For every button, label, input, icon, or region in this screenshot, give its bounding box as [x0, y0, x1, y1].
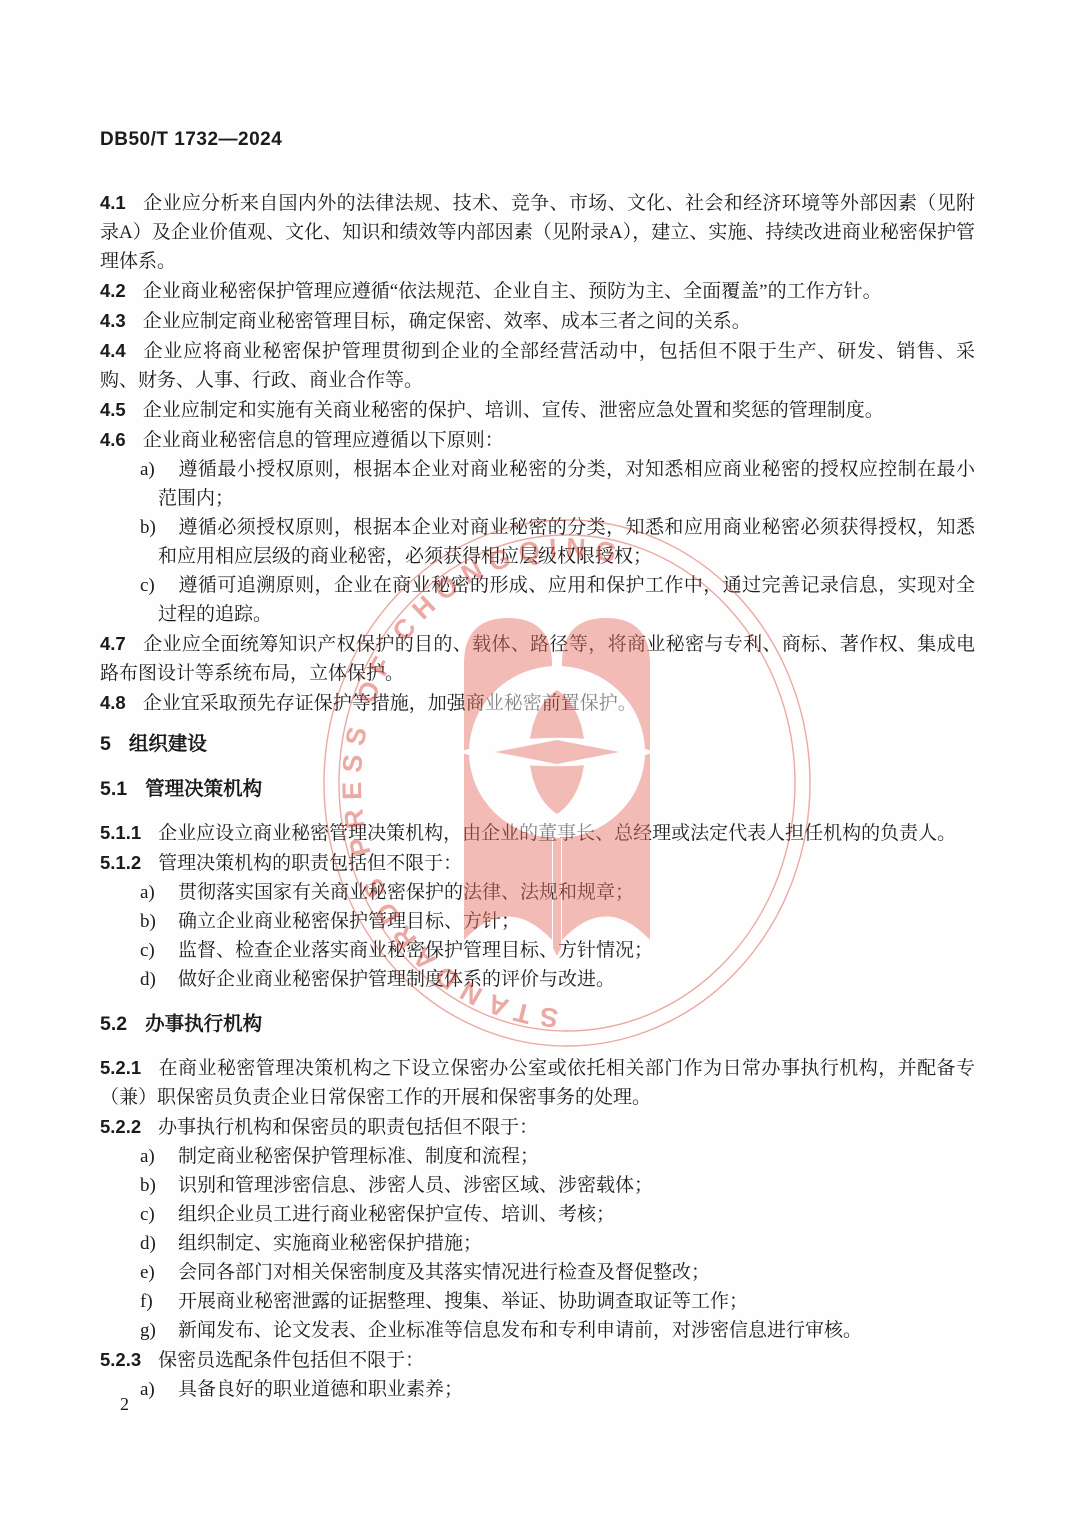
- clause-text: 企业商业秘密信息的管理应遵循以下原则：: [143, 430, 504, 451]
- clause-text: 企业应设立商业秘密管理决策机构，由企业的董事长、总经理或法定代表人担任机构的负责…: [158, 823, 956, 844]
- list-item-a: a)贯彻落实国家有关商业秘密保护的法律、法规和规章；: [158, 878, 975, 907]
- section-number: 5.1: [100, 778, 127, 800]
- clause-number: 4.1: [100, 192, 126, 213]
- clause-4.6: 4.6企业商业秘密信息的管理应遵循以下原则：: [100, 425, 975, 455]
- list-item-c: c)遵循可追溯原则，企业在商业秘密的形成、应用和保护工作中，通过完善记录信息，实…: [158, 571, 975, 629]
- clause-text: 企业商业秘密保护管理应遵循“依法规范、企业自主、预防为主、全面覆盖”的工作方针。: [143, 281, 882, 302]
- clause-number: 4.3: [100, 310, 126, 331]
- list-item-c: c)组织企业员工进行商业秘密保护宣传、培训、考核；: [158, 1200, 975, 1229]
- section-number: 5: [100, 733, 111, 755]
- list-item-text: 新闻发布、论文发表、企业标准等信息发布和专利申请前，对涉密信息进行审核。: [178, 1320, 862, 1341]
- list-item-d: d)做好企业商业秘密保护管理制度体系的评价与改进。: [158, 965, 975, 994]
- clause-5.1.2: 5.1.2管理决策机构的职责包括但不限于：: [100, 848, 975, 878]
- section-number: 5.2: [100, 1013, 127, 1035]
- clause-4.4: 4.4企业应将商业秘密保护管理贯彻到企业的全部经营活动中，包括但不限于生产、研发…: [100, 336, 975, 395]
- clause-4.8: 4.8企业宜采取预先存证保护等措施，加强商业秘密前置保护。: [100, 688, 975, 718]
- clause-text: 企业应制定和实施有关商业秘密的保护、培训、宣传、泄密应急处置和奖惩的管理制度。: [143, 400, 884, 421]
- list-item-b: b)遵循必须授权原则，根据本企业对商业秘密的分类，知悉和应用商业秘密必须获得授权…: [158, 513, 975, 571]
- list-item-text: 遵循必须授权原则，根据本企业对商业秘密的分类，知悉和应用商业秘密必须获得授权，知…: [158, 517, 975, 567]
- list-item-label: a): [140, 455, 178, 484]
- list-item-label: f): [140, 1287, 178, 1316]
- clause-text: 管理决策机构的职责包括但不限于：: [158, 853, 462, 874]
- clause-5.1.1: 5.1.1企业应设立商业秘密管理决策机构，由企业的董事长、总经理或法定代表人担任…: [100, 818, 975, 848]
- clause-text: 企业应分析来自国内外的法律法规、技术、竞争、市场、文化、社会和经济环境等外部因素…: [100, 193, 975, 272]
- clause-number: 5.1.2: [100, 852, 141, 873]
- document-body: 4.1企业应分析来自国内外的法律法规、技术、竞争、市场、文化、社会和经济环境等外…: [100, 188, 975, 1404]
- list-item-label: g): [140, 1316, 178, 1345]
- clause-text: 办事执行机构和保密员的职责包括但不限于：: [158, 1117, 538, 1138]
- list-item-label: b): [140, 1171, 178, 1200]
- list-item-text: 具备良好的职业道德和职业素养；: [178, 1379, 463, 1400]
- list-item-text: 会同各部门对相关保密制度及其落实情况进行检查及督促整改；: [178, 1262, 710, 1283]
- list-item-b: b)确立企业商业秘密保护管理目标、方针；: [158, 907, 975, 936]
- list-item-g: g)新闻发布、论文发表、企业标准等信息发布和专利申请前，对涉密信息进行审核。: [158, 1316, 975, 1345]
- list-item-label: b): [140, 907, 178, 936]
- clause-4.5: 4.5企业应制定和实施有关商业秘密的保护、培训、宣传、泄密应急处置和奖惩的管理制…: [100, 395, 975, 425]
- clause-text: 企业宜采取预先存证保护等措施，加强商业秘密前置保护。: [143, 693, 637, 714]
- clause-number: 5.2.2: [100, 1116, 141, 1137]
- list-item-a: a)遵循最小授权原则，根据本企业对商业秘密的分类，对知悉相应商业秘密的授权应控制…: [158, 455, 975, 513]
- list-item-label: a): [140, 1375, 178, 1404]
- standard-code-header: DB50/T 1732—2024: [100, 125, 975, 154]
- clause-text: 企业应将商业秘密保护管理贯彻到企业的全部经营活动中，包括但不限于生产、研发、销售…: [100, 341, 975, 391]
- clause-number: 5.2.3: [100, 1349, 141, 1370]
- clause-number: 4.7: [100, 633, 126, 654]
- section-heading-5.2: 5.2办事执行机构: [100, 1010, 975, 1039]
- clause-4.1: 4.1企业应分析来自国内外的法律法规、技术、竞争、市场、文化、社会和经济环境等外…: [100, 188, 975, 276]
- clause-4.7: 4.7企业应全面统筹知识产权保护的目的、载体、路径等，将商业秘密与专利、商标、著…: [100, 629, 975, 688]
- list-item-label: c): [140, 1200, 178, 1229]
- clause-text: 在商业秘密管理决策机构之下设立保密办公室或依托相关部门作为日常办事执行机构，并配…: [100, 1058, 975, 1108]
- list-item-text: 做好企业商业秘密保护管理制度体系的评价与改进。: [178, 969, 615, 990]
- list-item-text: 遵循最小授权原则，根据本企业对商业秘密的分类，对知悉相应商业秘密的授权应控制在最…: [158, 459, 975, 509]
- list-item-label: e): [140, 1258, 178, 1287]
- clause-5.2.2: 5.2.2办事执行机构和保密员的职责包括但不限于：: [100, 1112, 975, 1142]
- list-item-b: b)识别和管理涉密信息、涉密人员、涉密区域、涉密载体；: [158, 1171, 975, 1200]
- list-item-c: c)监督、检查企业落实商业秘密保护管理目标、方针情况；: [158, 936, 975, 965]
- list-item-label: b): [140, 513, 178, 542]
- list-item-label: a): [140, 1142, 178, 1171]
- document-page: DB50/T 1732—2024 4.1企业应分析来自国内外的法律法规、技术、竞…: [0, 0, 1074, 1520]
- list-item-label: d): [140, 1229, 178, 1258]
- list-item-text: 开展商业秘密泄露的证据整理、搜集、举证、协助调查取证等工作；: [178, 1291, 748, 1312]
- list-item-d: d)组织制定、实施商业秘密保护措施；: [158, 1229, 975, 1258]
- list-item-text: 组织制定、实施商业秘密保护措施；: [178, 1233, 482, 1254]
- section-title: 组织建设: [129, 733, 207, 755]
- clause-5.2.1: 5.2.1在商业秘密管理决策机构之下设立保密办公室或依托相关部门作为日常办事执行…: [100, 1053, 975, 1112]
- list-item-label: d): [140, 965, 178, 994]
- list-item-label: c): [140, 571, 178, 600]
- clause-4.2: 4.2企业商业秘密保护管理应遵循“依法规范、企业自主、预防为主、全面覆盖”的工作…: [100, 276, 975, 306]
- list-item-a: a)具备良好的职业道德和职业素养；: [158, 1375, 975, 1404]
- clause-number: 5.1.1: [100, 822, 141, 843]
- clause-number: 4.5: [100, 399, 126, 420]
- page-number: 2: [120, 1392, 129, 1416]
- section-heading-5: 5组织建设: [100, 730, 975, 759]
- clause-number: 4.8: [100, 692, 126, 713]
- clause-4.3: 4.3企业应制定商业秘密管理目标，确定保密、效率、成本三者之间的关系。: [100, 306, 975, 336]
- list-item-text: 监督、检查企业落实商业秘密保护管理目标、方针情况；: [178, 940, 653, 961]
- list-item-text: 识别和管理涉密信息、涉密人员、涉密区域、涉密载体；: [178, 1175, 653, 1196]
- clause-text: 企业应全面统筹知识产权保护的目的、载体、路径等，将商业秘密与专利、商标、著作权、…: [100, 634, 975, 684]
- clause-number: 4.4: [100, 340, 126, 361]
- list-item-text: 组织企业员工进行商业秘密保护宣传、培训、考核；: [178, 1204, 615, 1225]
- section-title: 管理决策机构: [145, 778, 262, 800]
- page-content: DB50/T 1732—2024 4.1企业应分析来自国内外的法律法规、技术、竞…: [100, 125, 975, 1404]
- list-item-label: a): [140, 878, 178, 907]
- clause-number: 5.2.1: [100, 1057, 141, 1078]
- list-item-text: 遵循可追溯原则，企业在商业秘密的形成、应用和保护工作中，通过完善记录信息，实现对…: [158, 575, 975, 625]
- section-title: 办事执行机构: [145, 1013, 262, 1035]
- list-item-label: c): [140, 936, 178, 965]
- list-item-text: 贯彻落实国家有关商业秘密保护的法律、法规和规章；: [178, 882, 634, 903]
- list-item-text: 确立企业商业秘密保护管理目标、方针；: [178, 911, 520, 932]
- clause-number: 4.2: [100, 280, 126, 301]
- list-item-a: a)制定商业秘密保护管理标准、制度和流程；: [158, 1142, 975, 1171]
- clause-number: 4.6: [100, 429, 126, 450]
- list-item-e: e)会同各部门对相关保密制度及其落实情况进行检查及督促整改；: [158, 1258, 975, 1287]
- clause-text: 保密员选配条件包括但不限于：: [158, 1350, 424, 1371]
- section-heading-5.1: 5.1管理决策机构: [100, 775, 975, 804]
- clause-5.2.3: 5.2.3保密员选配条件包括但不限于：: [100, 1345, 975, 1375]
- clause-text: 企业应制定商业秘密管理目标，确定保密、效率、成本三者之间的关系。: [143, 311, 751, 332]
- list-item-f: f)开展商业秘密泄露的证据整理、搜集、举证、协助调查取证等工作；: [158, 1287, 975, 1316]
- list-item-text: 制定商业秘密保护管理标准、制度和流程；: [178, 1146, 539, 1167]
